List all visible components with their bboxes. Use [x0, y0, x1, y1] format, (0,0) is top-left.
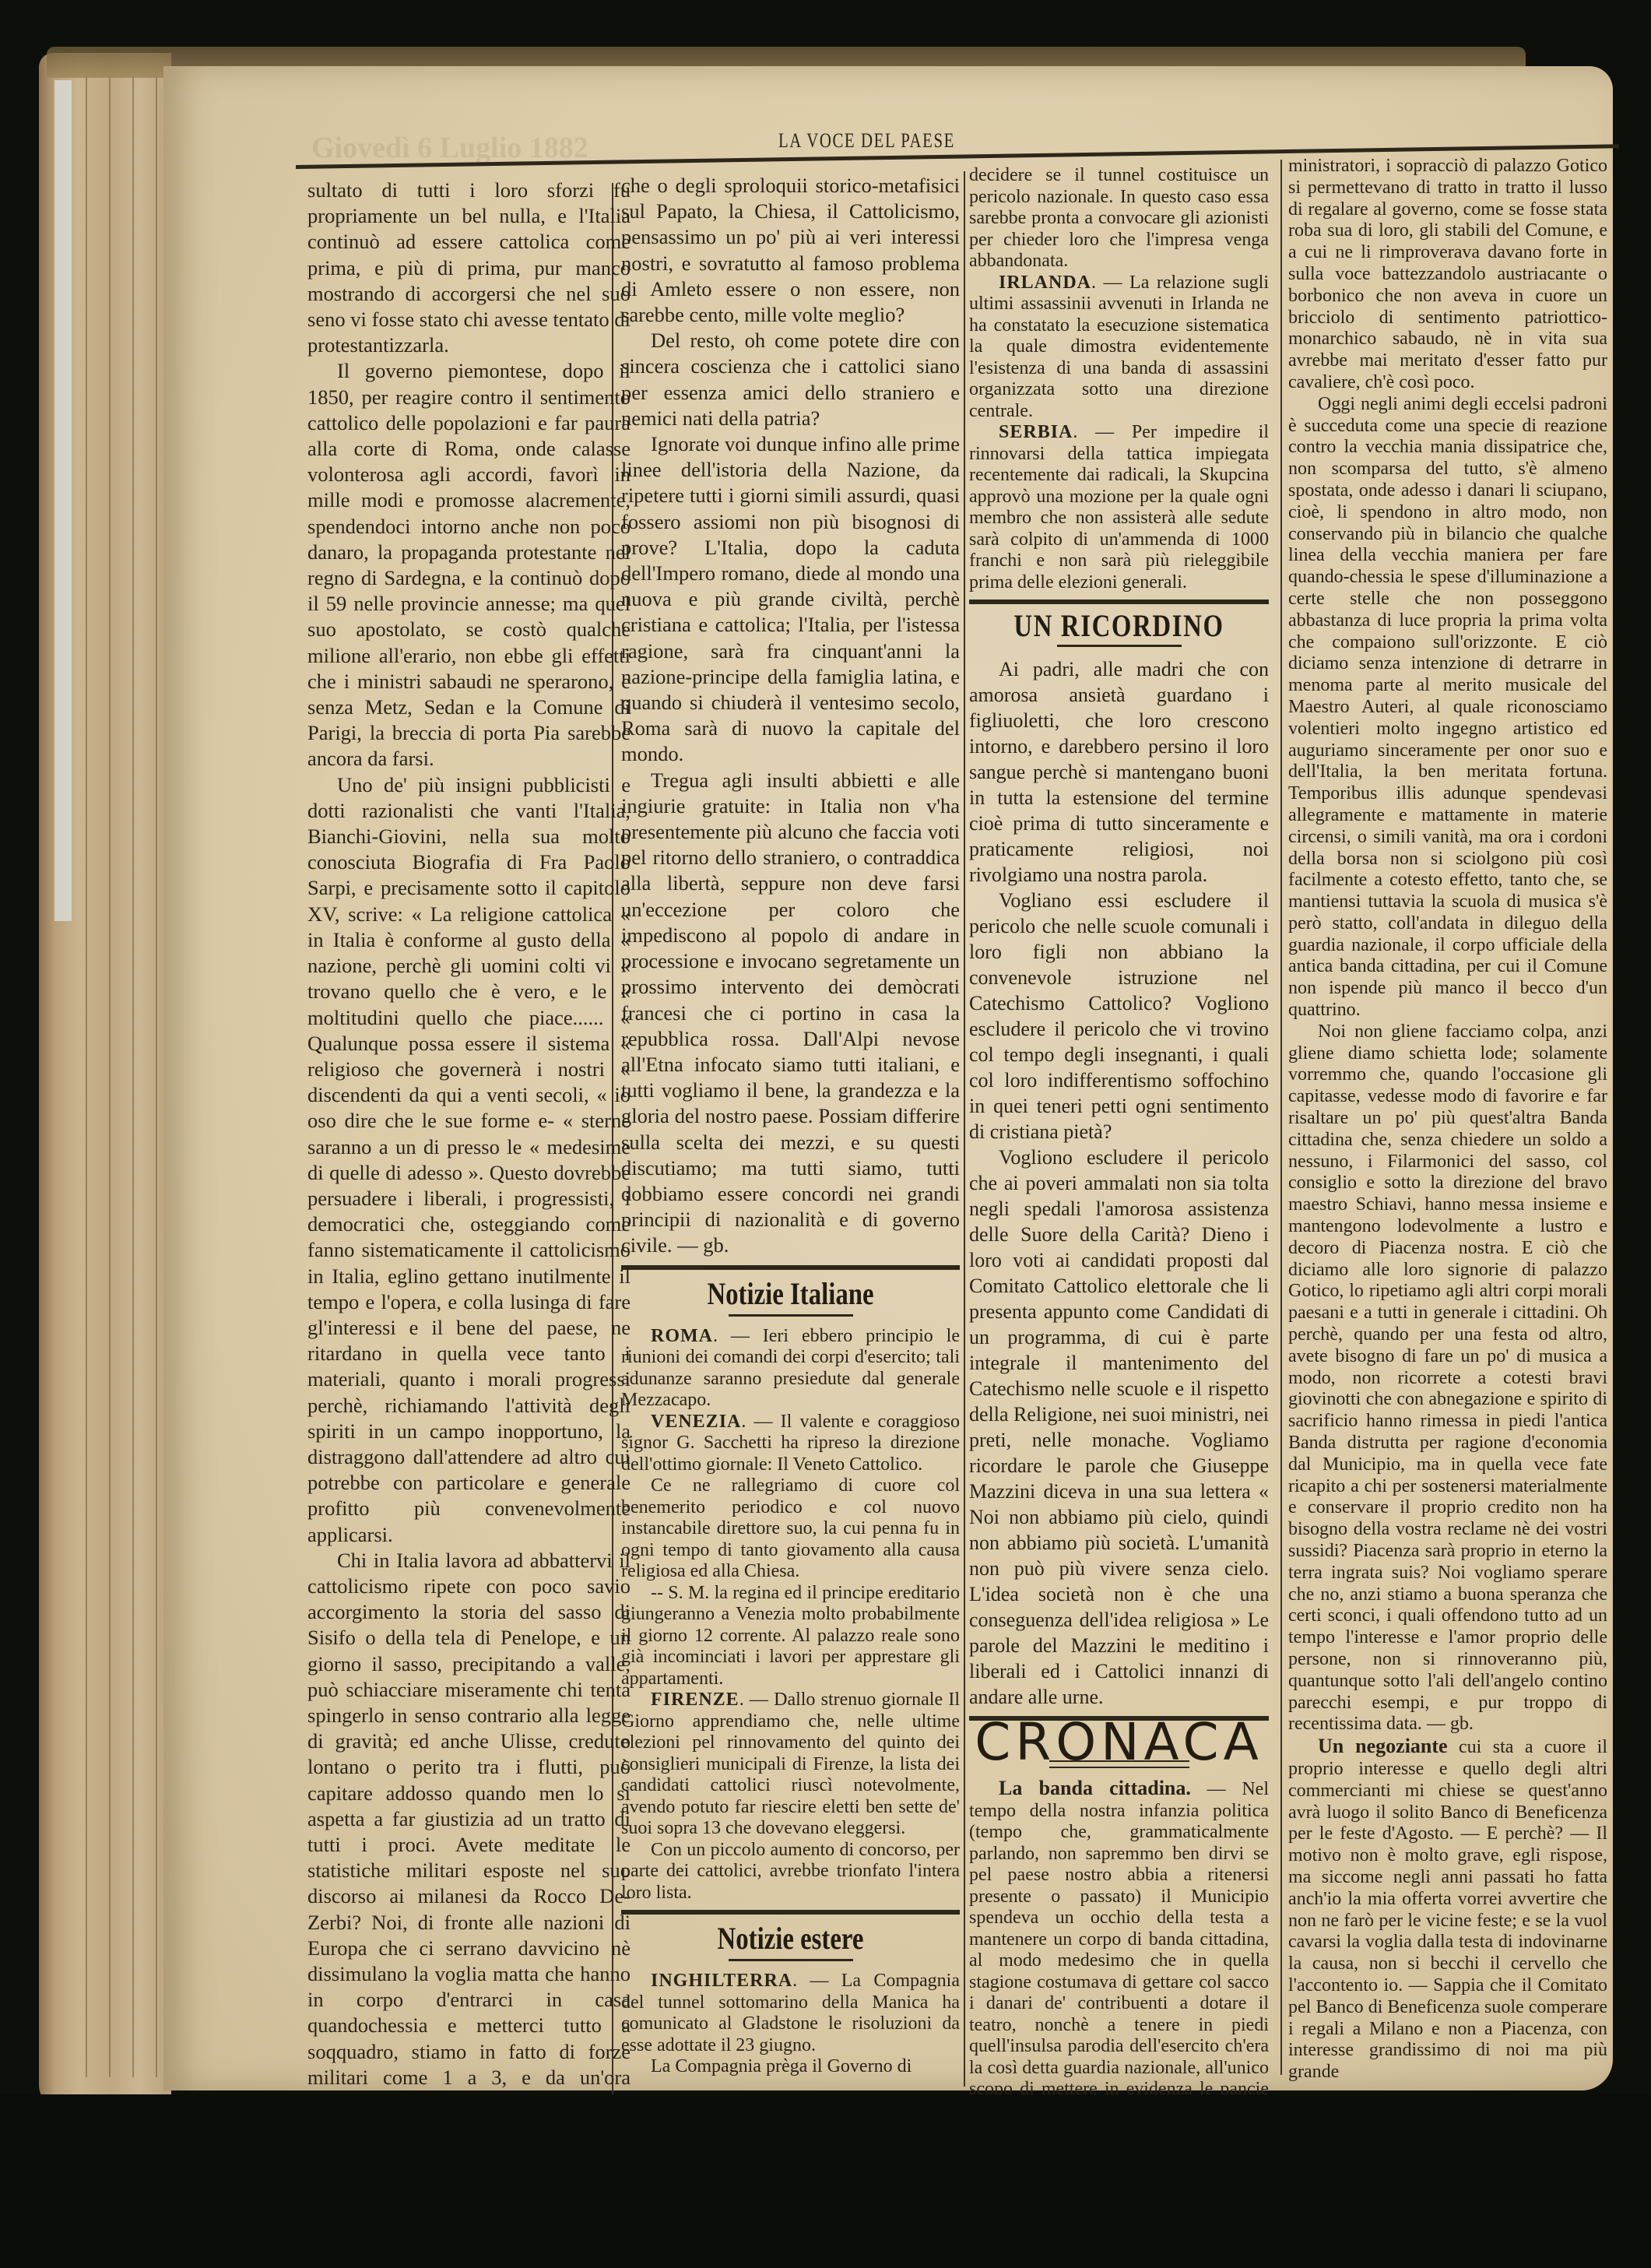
section-rule: [621, 1265, 960, 1270]
column-3: decidere se il tunnel costituisce un per…: [969, 165, 1269, 2229]
title-underline: [729, 1959, 853, 1961]
news-item: INGHILTERRA. — La Compagnia del tunnel s…: [621, 1971, 960, 2056]
column-1: sultato di tutti i loro sforzi fu propri…: [307, 178, 631, 2220]
paragraph: decidere se il tunnel costituisce un per…: [969, 165, 1269, 273]
paragraph: Del resto, oh come potete dire con since…: [621, 328, 960, 431]
paragraph: ministratori, i sopracciò di palazzo Got…: [1288, 156, 1607, 394]
paragraph: Noi non gliene facciamo colpa, anzi glie…: [1288, 1021, 1607, 1735]
bleed-through-date: Giovedì 6 Luglio 1882: [311, 131, 588, 165]
news-item: -- S. M. la regina ed il principe eredit…: [621, 1583, 960, 1690]
paragraph: Tregua agli insulti abbietti e alle ingi…: [621, 768, 960, 1259]
news-item: La Compagnia prèga il Governo di: [621, 2056, 960, 2078]
news-item: Con un piccolo aumento di concorso, per …: [621, 1840, 960, 1904]
paragraph: che o degli sproloquii storico-metafisic…: [621, 173, 960, 328]
news-lead: SERBIA: [999, 422, 1073, 442]
paragraph: Ai padri, alle madri che con amorosa ans…: [969, 656, 1269, 888]
section-title-notizie-italiane: Notizie Italiane: [652, 1281, 929, 1306]
paragraph: Oggi negli animi degli eccelsi padroni è…: [1288, 394, 1607, 1021]
page-stack-line: [86, 76, 87, 2077]
cronaca-item: Un negoziante cui sta a cuore il proprio…: [1288, 1735, 1607, 2083]
title-underline: [1057, 645, 1182, 647]
scan-background: [0, 2094, 1651, 2268]
news-lead: IRLANDA: [999, 273, 1091, 293]
cronaca-lead: Un negoziante: [1318, 1735, 1448, 1757]
news-item: FIRENZE. — Dallo strenuo giornale Il Gio…: [621, 1690, 960, 1840]
paragraph: sultato di tutti i loro sforzi fu propri…: [307, 178, 631, 358]
paragraph: Vogliono escludere il pericolo che ai po…: [969, 1145, 1269, 1710]
page-stack-line: [156, 76, 157, 2077]
news-item: IRLANDA. — La relazione sugli ultimi ass…: [969, 273, 1269, 423]
column-2: che o degli sproloquii storico-metafisic…: [621, 173, 960, 2078]
column-divider: [1280, 160, 1282, 2075]
paragraph: Uno de' più insigni pubblicisti e dotti …: [307, 772, 631, 1548]
section-rule: [969, 600, 1269, 604]
paragraph: Il governo piemontese, dopo il 1850, per…: [307, 358, 631, 772]
section-rule: [621, 1910, 960, 1915]
book-binding-edge: [39, 53, 171, 2108]
news-lead: FIRENZE: [651, 1690, 739, 1710]
column-4: ministratori, i sopracciò di palazzo Got…: [1288, 156, 1607, 2083]
news-lead: INGHILTERRA: [651, 1971, 792, 1991]
page-stack-line: [132, 76, 134, 2077]
endpaper-strip: [54, 80, 72, 921]
news-lead: ROMA: [651, 1326, 713, 1346]
news-item: SERBIA. — Per impedire il rinnovarsi del…: [969, 422, 1269, 593]
column-divider: [964, 171, 965, 2087]
news-item: ROMA. — Ieri ebbero principio le riunion…: [621, 1326, 960, 1412]
section-title-notizie-estere: Notizie estere: [652, 1925, 929, 1951]
title-underline: [729, 1314, 853, 1317]
paragraph: Ignorate voi dunque infino alle prime li…: [621, 431, 960, 768]
section-title-cronaca: CRONACA: [969, 1732, 1269, 1753]
news-item: VENEZIA. — Il valente e coraggioso signo…: [621, 1412, 960, 1476]
news-item: Ce ne rallegriamo di cuore col benemerit…: [621, 1475, 960, 1583]
page-stack-line: [109, 76, 111, 2077]
section-title-ricordino: UN RICORDINO: [996, 615, 1242, 637]
cronaca-lead: La banda cittadina.: [999, 1777, 1191, 1799]
paragraph: Vogliano essi escludere il pericolo che …: [969, 888, 1269, 1145]
news-lead: VENEZIA: [651, 1412, 741, 1432]
page-masthead: LA VOCE DEL PAESE: [778, 129, 955, 153]
